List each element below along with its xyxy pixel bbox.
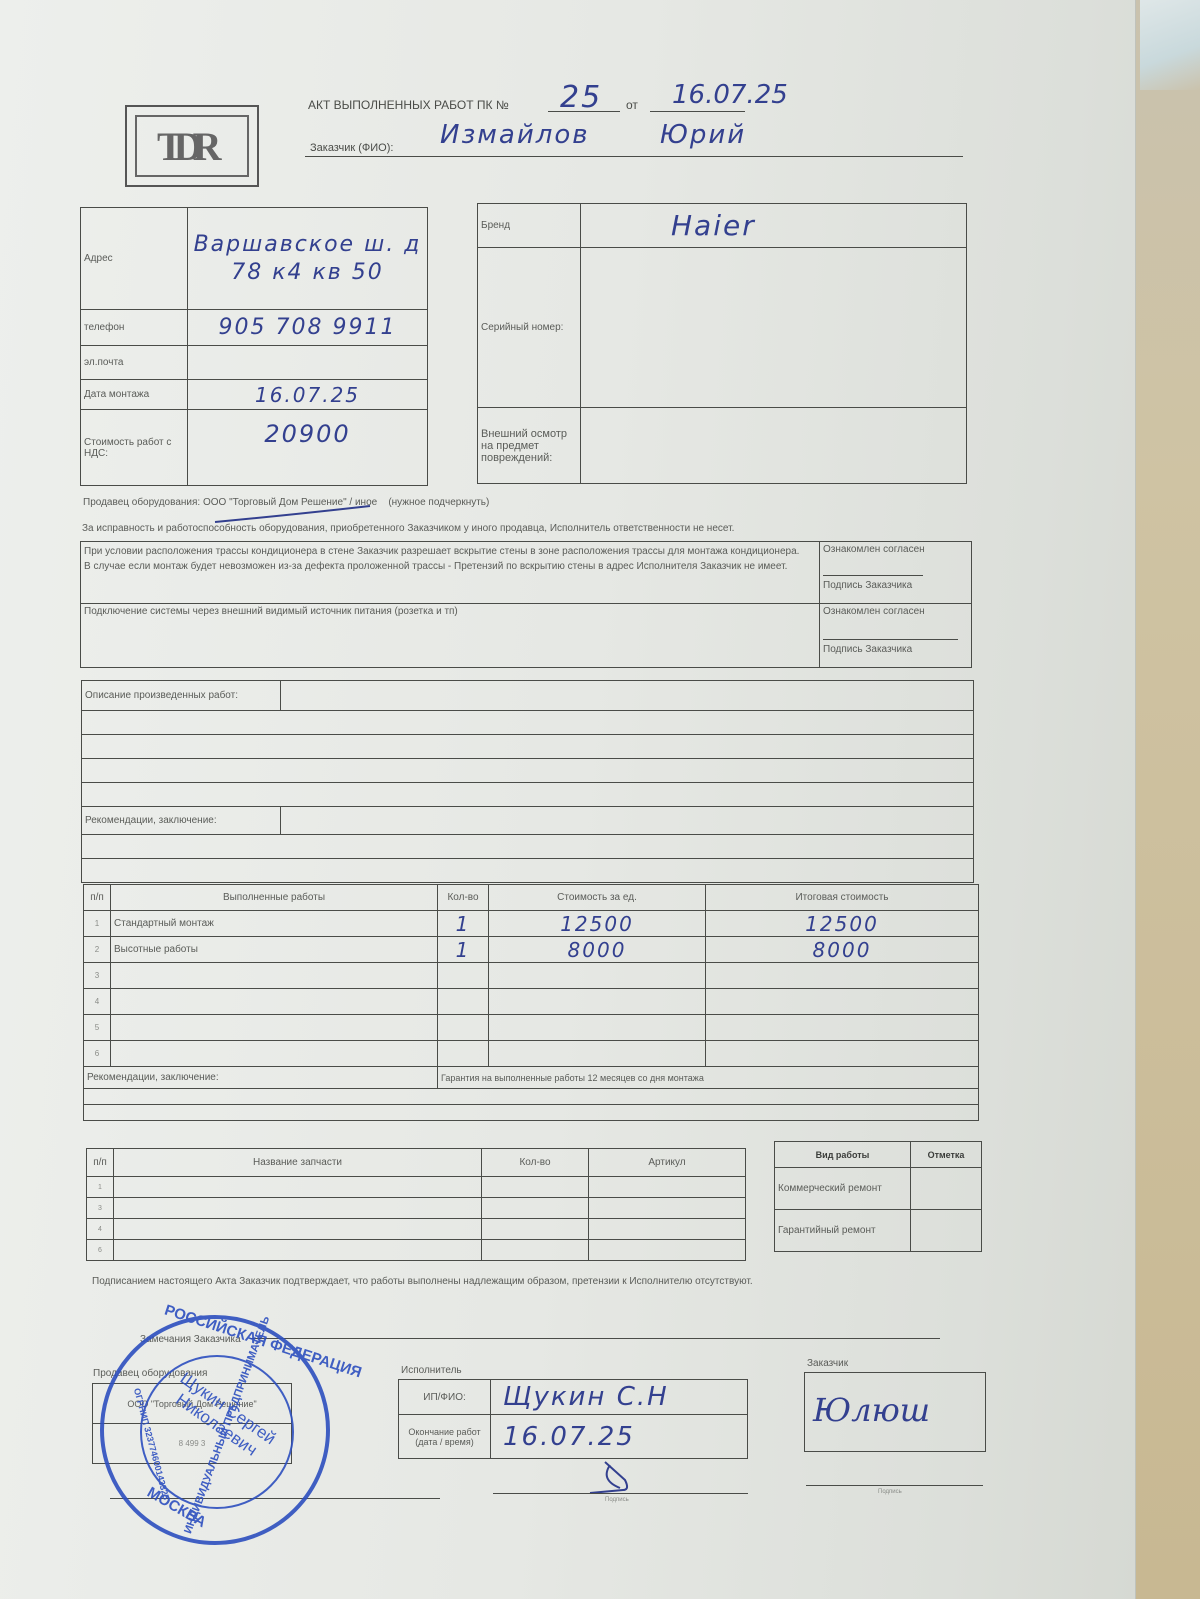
works-row-unit-price[interactable]: 12500 bbox=[489, 911, 706, 937]
works-row: 6 bbox=[84, 1041, 979, 1067]
works-table: п/п Выполненные работы Кол-во Стоимость … bbox=[83, 884, 979, 1121]
work-type-header: Вид работы bbox=[775, 1142, 911, 1168]
parts-row-name[interactable] bbox=[114, 1177, 482, 1198]
works-row-total[interactable]: 12500 bbox=[706, 911, 979, 937]
parts-row-qty[interactable] bbox=[482, 1198, 589, 1219]
parts-row-name[interactable] bbox=[114, 1219, 482, 1240]
inspection-value[interactable] bbox=[581, 408, 967, 484]
parts-header-qty: Кол-во bbox=[482, 1149, 589, 1177]
date-label: от bbox=[626, 98, 638, 112]
parts-row-article[interactable] bbox=[589, 1240, 746, 1261]
description-table: Описание произведенных работ: Рекомендац… bbox=[81, 680, 974, 883]
recommendations-label: Рекомендации, заключение: bbox=[82, 807, 281, 835]
customer-label: Заказчик (ФИО): bbox=[310, 142, 393, 154]
recommendations-value[interactable] bbox=[281, 807, 974, 835]
install-date-label: Дата монтажа bbox=[81, 380, 188, 410]
works-row-qty[interactable]: 1 bbox=[438, 911, 489, 937]
confirmation-text: Подписанием настоящего Акта Заказчик под… bbox=[92, 1276, 753, 1287]
parts-row: 3 bbox=[87, 1198, 746, 1219]
warranty-text: Гарантия на выполненные работы 12 месяце… bbox=[438, 1067, 979, 1089]
parts-row-qty[interactable] bbox=[482, 1177, 589, 1198]
works-row-unit-price[interactable]: 8000 bbox=[489, 937, 706, 963]
desk-glass bbox=[1140, 0, 1200, 90]
customer-line bbox=[305, 156, 963, 157]
executor-fio-value[interactable]: Щукин С.Н bbox=[491, 1380, 748, 1415]
condition-wall-opening: При условии расположения трассы кондицио… bbox=[81, 542, 820, 604]
customer-signature: Юлюш bbox=[813, 1391, 930, 1429]
parts-table: п/п Название запчасти Кол-во Артикул 134… bbox=[86, 1148, 746, 1261]
remarks-line bbox=[250, 1338, 940, 1339]
customer-name[interactable]: Измайлов Юрий bbox=[440, 120, 746, 150]
cost-label: Стоимость работ с НДС: bbox=[81, 410, 188, 486]
works-row: 1Стандартный монтаж11250012500 bbox=[84, 911, 979, 937]
parts-row-n[interactable]: 1 bbox=[87, 1177, 114, 1198]
description-label: Описание произведенных работ: bbox=[82, 681, 281, 711]
executor-signature bbox=[585, 1460, 665, 1500]
parts-row-n[interactable]: 6 bbox=[87, 1240, 114, 1261]
parts-row: 4 bbox=[87, 1219, 746, 1240]
parts-header-n: п/п bbox=[87, 1149, 114, 1177]
address-value[interactable]: Варшавское ш. д 78 к4 кв 50 bbox=[188, 208, 428, 310]
works-row-total[interactable]: 8000 bbox=[706, 937, 979, 963]
conditions-table: При условии расположения трассы кондицио… bbox=[80, 541, 972, 668]
work-end-label: Окончание работ (дата / время) bbox=[399, 1415, 491, 1459]
works-row-name[interactable]: Стандартный монтаж bbox=[111, 911, 438, 937]
work-end-value[interactable]: 16.07.25 bbox=[491, 1415, 748, 1459]
works-row-n[interactable]: 6 bbox=[84, 1041, 111, 1067]
logo-text: TDR bbox=[157, 123, 211, 170]
works-row: 5 bbox=[84, 1015, 979, 1041]
parts-header-name: Название запчасти bbox=[114, 1149, 482, 1177]
company-logo: TDR bbox=[125, 105, 259, 187]
act-date[interactable]: 16.07.25 bbox=[672, 80, 788, 110]
inspection-label: Внешний осмотр на предмет повреждений: bbox=[478, 408, 581, 484]
executor-table: ИП/ФИО: Щукин С.Н Окончание работ (дата … bbox=[398, 1379, 748, 1459]
parts-row-name[interactable] bbox=[114, 1240, 482, 1261]
works-row-n[interactable]: 2 bbox=[84, 937, 111, 963]
sign-label: Подпись Заказчика bbox=[823, 580, 968, 591]
works-header-total: Итоговая стоимость bbox=[706, 885, 979, 911]
work-type-warranty: Гарантийный ремонт bbox=[775, 1210, 911, 1252]
act-number-line bbox=[548, 111, 620, 112]
seller-line-hint: (нужное подчеркнуть) bbox=[388, 497, 489, 508]
work-type-table: Вид работы Отметка Коммерческий ремонт Г… bbox=[774, 1141, 982, 1252]
executor-label: Исполнитель bbox=[401, 1365, 462, 1376]
works-header-unit-price: Стоимость за ед. bbox=[489, 885, 706, 911]
liability-note: За исправность и работоспособность обору… bbox=[82, 523, 734, 534]
works-row-n[interactable]: 3 bbox=[84, 963, 111, 989]
client-info-table: Адрес Варшавское ш. д 78 к4 кв 50 телефо… bbox=[80, 207, 428, 486]
works-row-unit-price[interactable] bbox=[489, 1015, 706, 1041]
parts-row-n[interactable]: 4 bbox=[87, 1219, 114, 1240]
logo-frame: TDR bbox=[135, 115, 249, 177]
works-row-unit-price[interactable] bbox=[489, 1041, 706, 1067]
work-mark-header: Отметка bbox=[911, 1142, 982, 1168]
description-line[interactable] bbox=[82, 759, 974, 783]
customer-signature-box[interactable]: Юлюш bbox=[804, 1372, 986, 1452]
works-footer-line[interactable] bbox=[84, 1105, 979, 1121]
official-stamp: РОССИЙСКАЯ ФЕДЕРАЦИЯ ИНДИВИДУАЛЬНЫЙ ПРЕД… bbox=[100, 1315, 330, 1545]
address-label: Адрес bbox=[81, 208, 188, 310]
customer-block-label: Заказчик bbox=[807, 1358, 848, 1369]
recommendations-line[interactable] bbox=[82, 859, 974, 883]
works-row-qty[interactable] bbox=[438, 989, 489, 1015]
works-row-name[interactable] bbox=[111, 1015, 438, 1041]
parts-row: 6 bbox=[87, 1240, 746, 1261]
works-row-name[interactable] bbox=[111, 963, 438, 989]
works-row-name[interactable] bbox=[111, 1041, 438, 1067]
works-header-qty: Кол-во bbox=[438, 885, 489, 911]
works-footer-line[interactable] bbox=[84, 1089, 979, 1105]
works-row-name[interactable] bbox=[111, 989, 438, 1015]
works-row-qty[interactable] bbox=[438, 1041, 489, 1067]
works-row: 2Высотные работы180008000 bbox=[84, 937, 979, 963]
parts-row-article[interactable] bbox=[589, 1198, 746, 1219]
executor-fio-label: ИП/ФИО: bbox=[399, 1380, 491, 1415]
works-row-name[interactable]: Высотные работы bbox=[111, 937, 438, 963]
parts-row-qty[interactable] bbox=[482, 1240, 589, 1261]
description-value[interactable] bbox=[281, 681, 974, 711]
install-date-value[interactable]: 16.07.25 bbox=[188, 380, 428, 410]
work-type-commercial: Коммерческий ремонт bbox=[775, 1168, 911, 1210]
serial-label: Серийный номер: bbox=[478, 248, 581, 408]
parts-row-qty[interactable] bbox=[482, 1219, 589, 1240]
works-row: 4 bbox=[84, 989, 979, 1015]
works-recommendations-label: Рекомендации, заключение: bbox=[84, 1067, 438, 1089]
works-row-unit-price[interactable] bbox=[489, 963, 706, 989]
works-row-qty[interactable] bbox=[438, 963, 489, 989]
agree-label: Ознакомлен согласен bbox=[823, 606, 968, 617]
works-row-total[interactable] bbox=[706, 1015, 979, 1041]
customer-sign-caption: Подпись bbox=[878, 1489, 902, 1495]
works-row-unit-price[interactable] bbox=[489, 989, 706, 1015]
parts-row-name[interactable] bbox=[114, 1198, 482, 1219]
parts-row-n[interactable]: 3 bbox=[87, 1198, 114, 1219]
customer-sign-line bbox=[806, 1485, 983, 1486]
serial-value[interactable] bbox=[581, 248, 967, 408]
works-header-name: Выполненные работы bbox=[111, 885, 438, 911]
parts-row-article[interactable] bbox=[589, 1177, 746, 1198]
email-value[interactable] bbox=[188, 346, 428, 380]
document-page: TDR АКТ ВЫПОЛНЕННЫХ РАБОТ ПК № 25 от 16.… bbox=[0, 0, 1136, 1599]
brand-value[interactable]: Haier bbox=[581, 204, 967, 248]
works-row-qty[interactable] bbox=[438, 1015, 489, 1041]
description-line[interactable] bbox=[82, 735, 974, 759]
works-row-n[interactable]: 4 bbox=[84, 989, 111, 1015]
works-row-total[interactable] bbox=[706, 1041, 979, 1067]
work-type-warranty-mark[interactable] bbox=[911, 1210, 982, 1252]
works-row: 3 bbox=[84, 963, 979, 989]
sign-line bbox=[823, 639, 958, 640]
recommendations-line[interactable] bbox=[82, 835, 974, 859]
works-header-n: п/п bbox=[84, 885, 111, 911]
sign-line bbox=[823, 575, 923, 576]
condition-1-agree-cell[interactable]: Ознакомлен согласен Подпись Заказчика bbox=[820, 542, 972, 604]
agree-label: Ознакомлен согласен bbox=[823, 544, 968, 555]
act-number[interactable]: 25 bbox=[560, 80, 602, 115]
description-line[interactable] bbox=[82, 783, 974, 807]
parts-row-article[interactable] bbox=[589, 1219, 746, 1240]
email-label: эл.почта bbox=[81, 346, 188, 380]
works-row-n[interactable]: 1 bbox=[84, 911, 111, 937]
description-line[interactable] bbox=[82, 711, 974, 735]
phone-value[interactable]: 905 708 9911 bbox=[188, 310, 428, 346]
work-type-commercial-mark[interactable] bbox=[911, 1168, 982, 1210]
sign-label: Подпись Заказчика bbox=[823, 644, 968, 655]
parts-row: 1 bbox=[87, 1177, 746, 1198]
works-row-total[interactable] bbox=[706, 989, 979, 1015]
act-title: АКТ ВЫПОЛНЕННЫХ РАБОТ ПК № bbox=[308, 98, 509, 112]
condition-2-agree-cell[interactable]: Ознакомлен согласен Подпись Заказчика bbox=[820, 604, 972, 668]
condition-power-source: Подключение системы через внешний видимы… bbox=[81, 604, 820, 668]
works-row-n[interactable]: 5 bbox=[84, 1015, 111, 1041]
parts-header-article: Артикул bbox=[589, 1149, 746, 1177]
works-row-qty[interactable]: 1 bbox=[438, 937, 489, 963]
brand-label: Бренд bbox=[478, 204, 581, 248]
cost-value[interactable]: 20900 bbox=[188, 410, 428, 486]
equipment-info-table: Бренд Haier Серийный номер: Внешний осмо… bbox=[477, 203, 967, 484]
works-row-total[interactable] bbox=[706, 963, 979, 989]
executor-sign-line bbox=[493, 1493, 748, 1494]
act-date-line bbox=[650, 111, 745, 112]
executor-sign-caption: Подпись bbox=[605, 1497, 629, 1503]
phone-label: телефон bbox=[81, 310, 188, 346]
